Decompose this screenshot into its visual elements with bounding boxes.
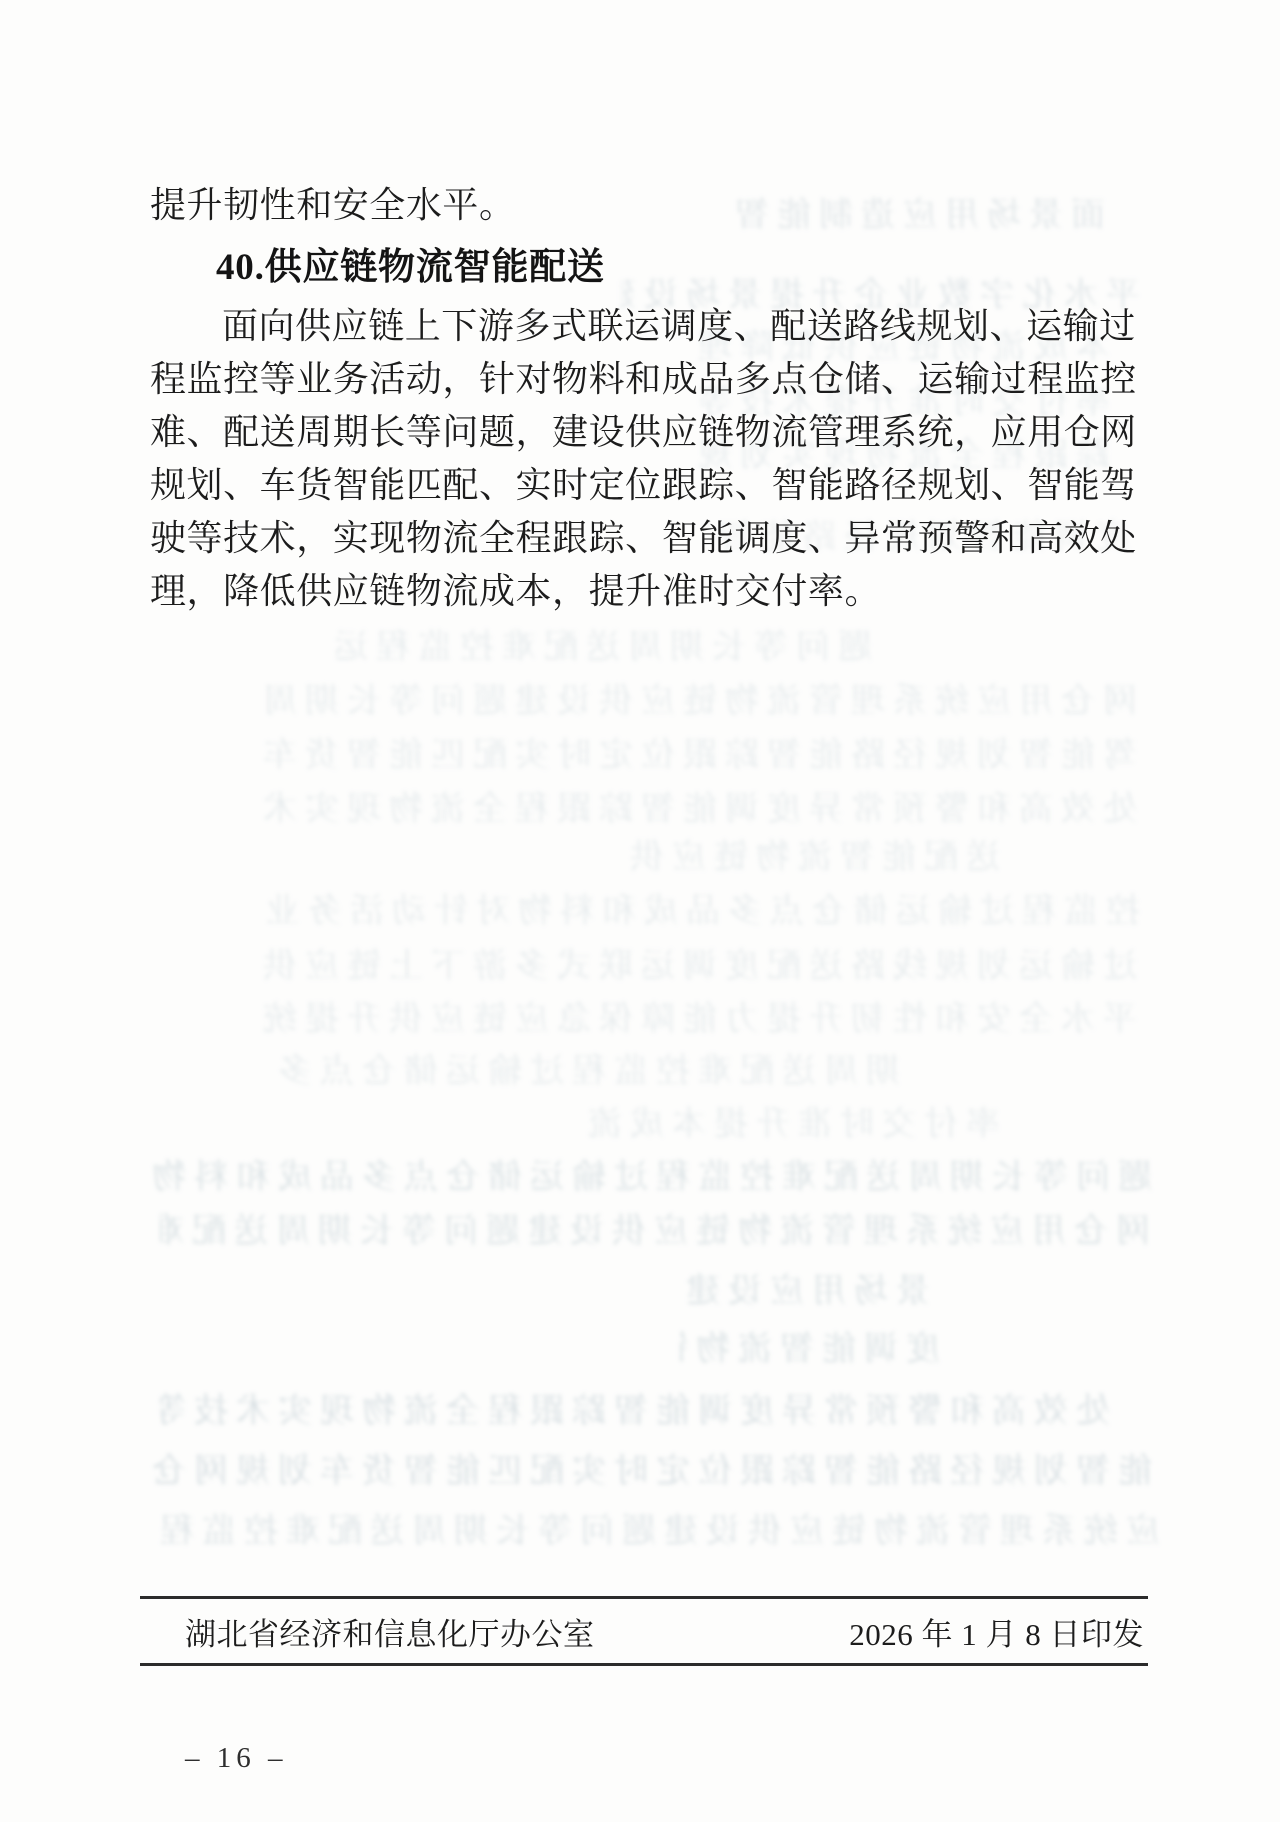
ghost-line: 送配能智流物链应供 (620, 838, 1000, 880)
footer-issuer: 湖北省经济和信息化厅办公室 (185, 1609, 595, 1654)
page-number: – 16 – (185, 1742, 288, 1775)
ghost-line: 驾能智划规径路能智踪跟位定时实配匹能智货车 (152, 736, 1137, 778)
scanned-document-page: 面景场用应造制能智 平水化字数业企升提景场设建 本成流物链应供低降理 率付交时准… (0, 0, 1280, 1822)
ghost-line: 能智划规径路能智踪跟位定时实配匹能智货车划规网仓用 (152, 1452, 1152, 1494)
paragraph-line: 驶等技术，实现物流全程跟踪、智能调度、异常预警和高效处 (150, 515, 1150, 563)
paragraph-line: 面向供应链上下游多式联运调度、配送路线规划、运输过 (150, 303, 1150, 351)
paragraph-line: 程监控等业务活动，针对物料和成品多点仓储、运输过程监控 (150, 356, 1150, 404)
closing-paragraph-line: 提升韧性和安全水平。 (150, 182, 1150, 230)
footer: 湖北省经济和信息化厅办公室 2026 年 1 月 8 日印发 (140, 1596, 1148, 1666)
ghost-line: 应统系理管流物链应供设建题问等长期周送配难控监程过 (160, 1512, 1160, 1554)
section-heading: 40.供应链物流智能配送 (150, 244, 1150, 292)
ghost-line: 网仓用应统系理管流物链应供设建题问等长期周送配难控 (160, 1212, 1150, 1254)
ghost-line: 景场用应设建 (670, 1272, 930, 1314)
ghost-line: 平水全安和性韧升提力能障保急应链应供升提统 (152, 1000, 1137, 1042)
ghost-line: 过输运划规线路送配度调运联式多游下上链应供 (152, 947, 1137, 989)
ghost-line: 网仓用应统系理管流物链应供设建题问等长期周 (152, 682, 1137, 724)
paragraph-line: 理，降低供应链物流成本，提升准时交付率。 (150, 568, 1150, 616)
ghost-line: 题问等长期周送配难控监程过输运储仓点多品成和料物 (152, 1158, 1152, 1200)
ghost-line: 度调能智流物链 (680, 1330, 940, 1372)
ghost-line: 题问等长期周送配难控监程运 (152, 628, 872, 670)
paragraph-line: 难、配送周期长等问题，建设供应链物流管理系统，应用仓网 (150, 409, 1150, 457)
ghost-line: 处效高和警预常异度调能智踪跟程全流物现实术技等驶驾 (160, 1392, 1110, 1434)
ghost-line: 率付交时准升提本成流 (560, 1105, 1000, 1147)
ghost-line: 处效高和警预常异度调能智踪跟程全流物现实术 (152, 790, 1137, 832)
footer-print-date: 2026 年 1 月 8 日印发 (849, 1609, 1144, 1654)
ghost-line: 期周送配难控监程过输运储仓点多 (200, 1052, 900, 1094)
ghost-line: 控监程过输运储仓点多品成和料物对针动活务业 (220, 892, 1140, 934)
paragraph-line: 规划、车货智能匹配、实时定位跟踪、智能路径规划、智能驾 (150, 462, 1150, 510)
